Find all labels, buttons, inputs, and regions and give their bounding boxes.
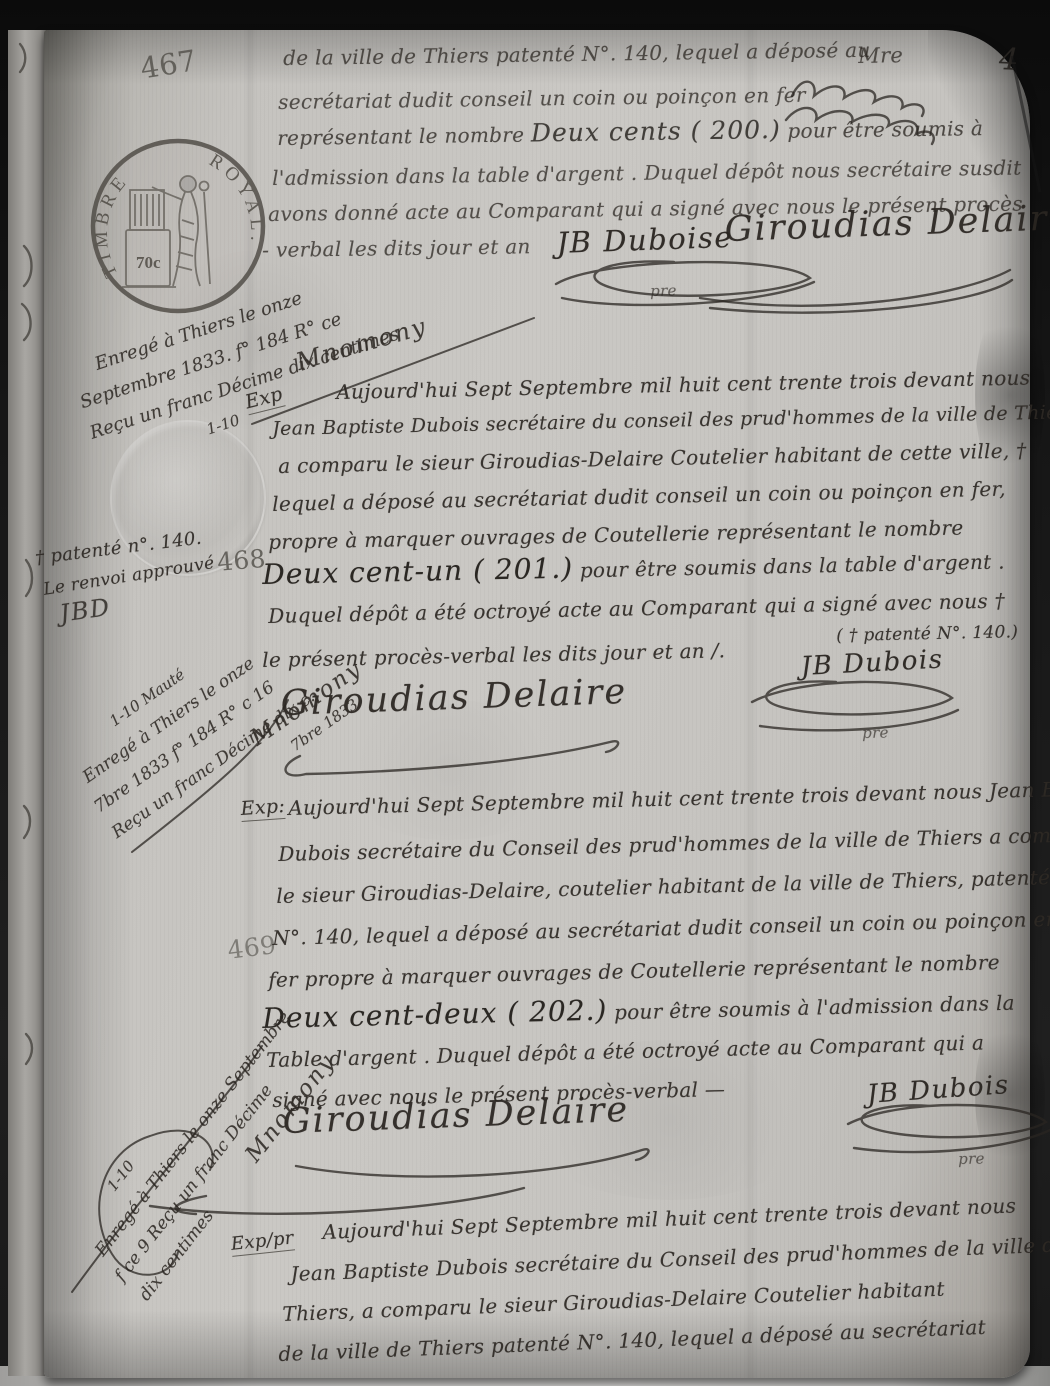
- number-line-value: Deux cent-un ( 201.): [262, 551, 573, 591]
- number-line-value: Deux cents ( 200.): [531, 115, 781, 147]
- side-note: ( † patenté N°. 140.): [836, 622, 1018, 646]
- timbre-royal-stamp: TIMBRE ROYAL. 70c: [86, 134, 270, 318]
- number-line-pre: représentant le nombre: [277, 122, 531, 150]
- stamp-denomination: 70c: [136, 253, 161, 272]
- entry-number-468: 468: [216, 544, 267, 577]
- number-line-post: pour être soumis à: [781, 116, 984, 143]
- previous-page-edge: [8, 30, 46, 1376]
- exp-label: Exp:: [240, 795, 286, 822]
- margin-word: Mre: [858, 43, 903, 68]
- signature-subtitle: pre: [862, 723, 889, 742]
- folio-page-number: 4: [998, 42, 1019, 78]
- manuscript-line: - verbal les dits jour et an: [262, 234, 531, 262]
- secretary-signature: JB Duboise: [556, 220, 734, 260]
- scanned-manuscript-page: TIMBRE ROYAL. 70c 467 468 469 4 de la vi…: [0, 0, 1050, 1386]
- entry-number-469: 469: [226, 930, 278, 965]
- signature-subtitle: pre: [958, 1149, 985, 1168]
- signature-subtitle: pre: [650, 281, 677, 300]
